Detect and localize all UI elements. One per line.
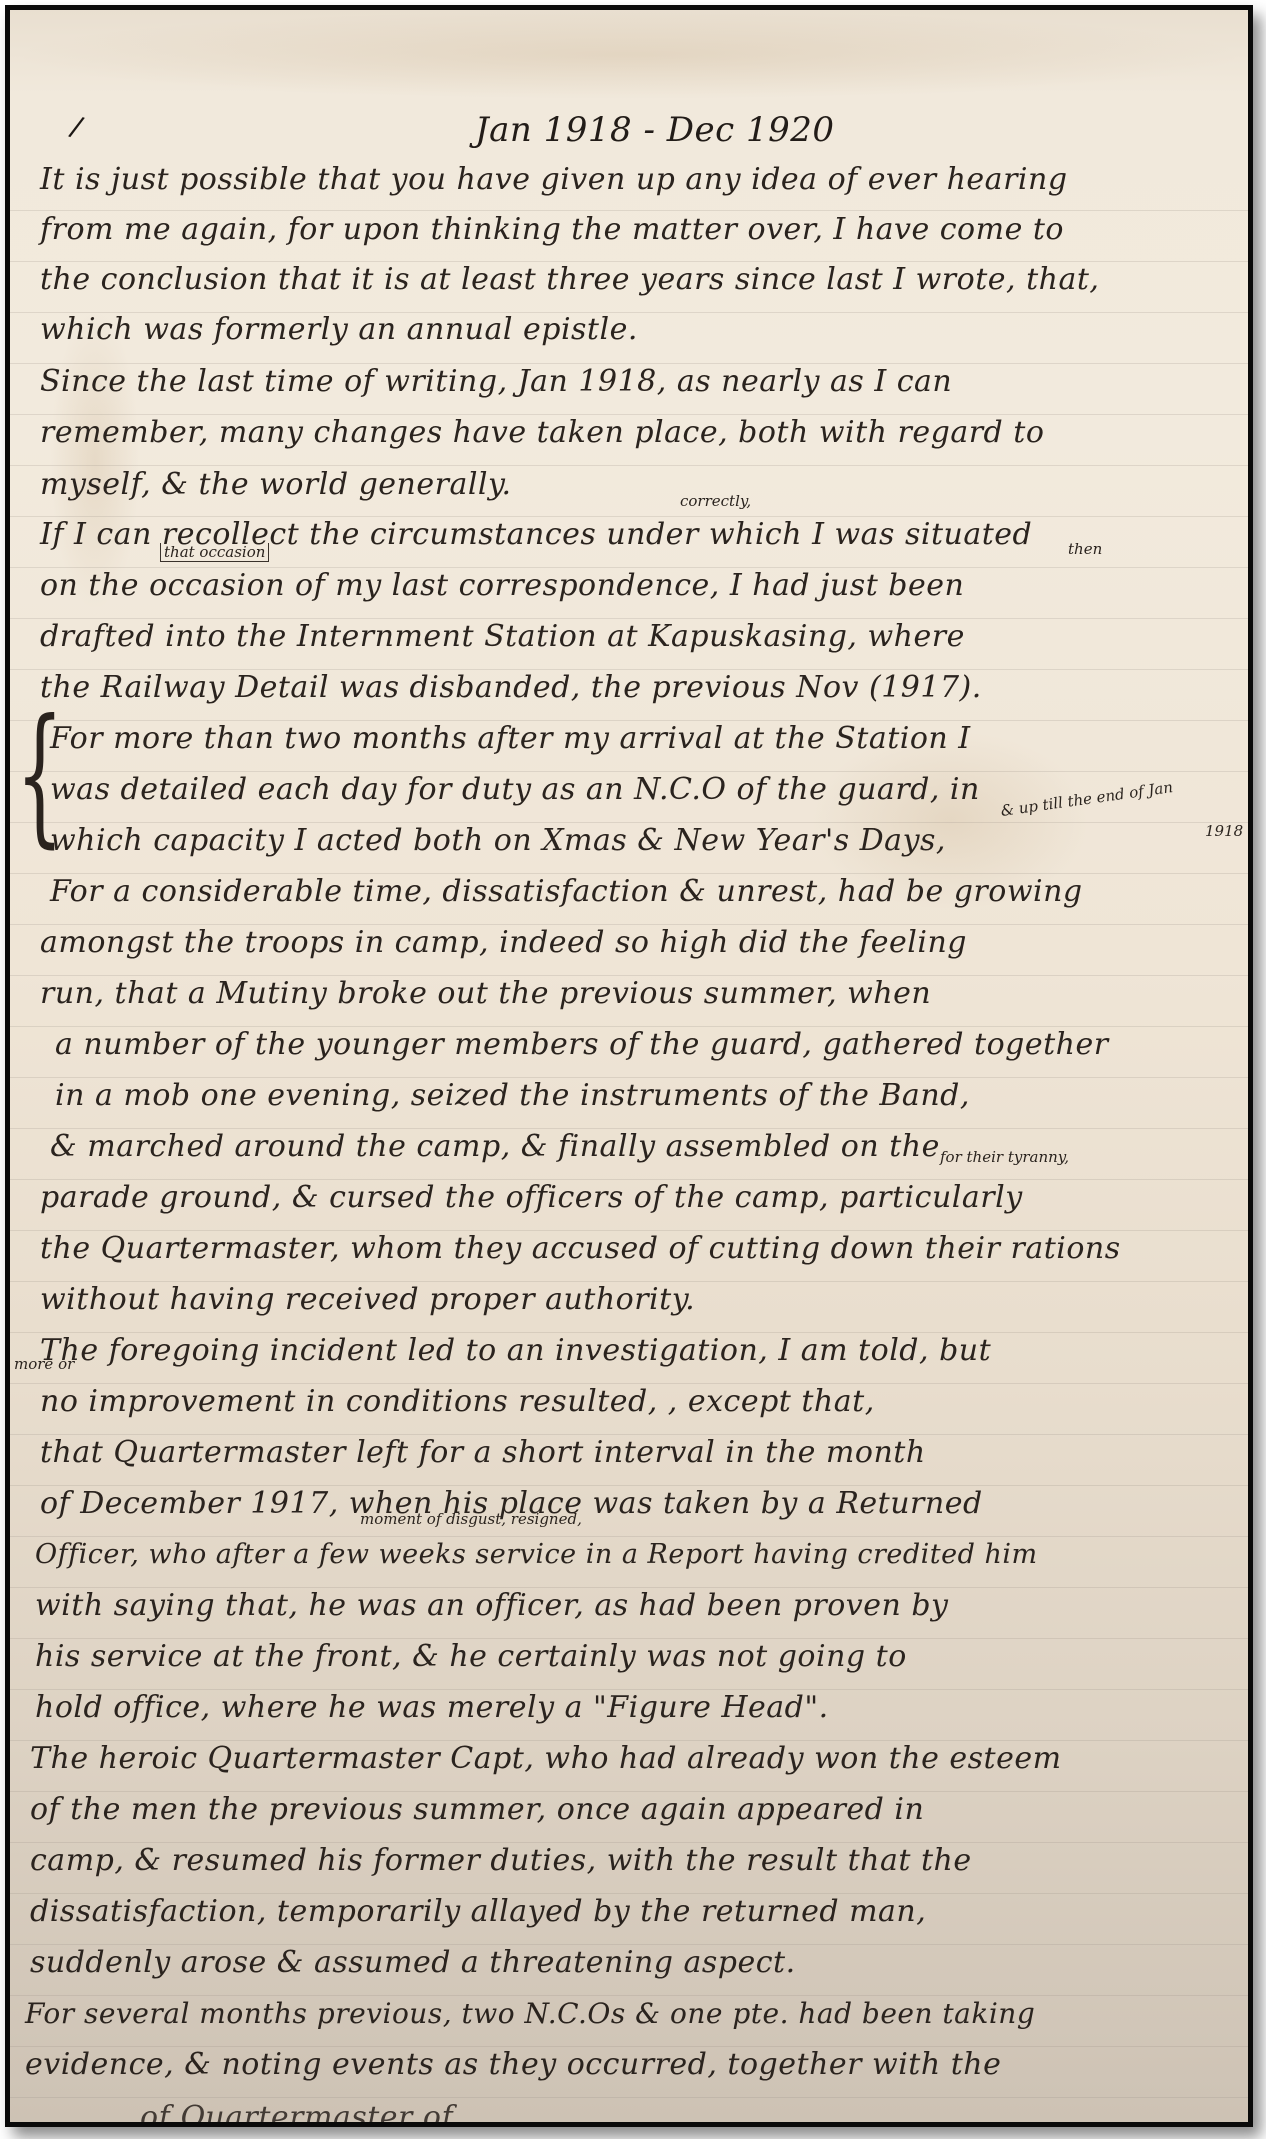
text-line: hold office, where he was merely a "Figu…: [35, 1688, 829, 1728]
text-line: of the men the previous summer, once aga…: [30, 1790, 924, 1830]
interlinear-insertion: 1918: [1205, 822, 1243, 840]
interlinear-insertion: correctly,: [680, 492, 751, 510]
text-line: myself, & the world generally.: [40, 465, 512, 505]
text-line: dissatisfaction, temporarily allayed by …: [30, 1892, 926, 1932]
interlinear-insertion: that occasion: [160, 543, 269, 562]
text-line: run, that a Mutiny broke out the previou…: [40, 974, 931, 1014]
text-line: For more than two months after my arriva…: [50, 719, 971, 759]
text-line: For several months previous, two N.C.Os …: [25, 1994, 1035, 2034]
interlinear-insertion: more or: [14, 1355, 74, 1373]
text-line: from me again, for upon thinking the mat…: [40, 210, 1064, 250]
text-line: evidence, & noting events as they occurr…: [25, 2045, 1001, 2085]
text-line: in a mob one evening, seized the instrum…: [55, 1076, 970, 1116]
text-line: parade ground, & cursed the officers of …: [40, 1178, 1023, 1218]
text-line: which was formerly an annual epistle.: [40, 310, 638, 350]
text-line: For a considerable time, dissatisfaction…: [50, 872, 1083, 912]
paper-stain: [50, 310, 140, 610]
text-line: with saying that, he was an officer, as …: [35, 1586, 949, 1626]
interlinear-insertion: then: [1068, 540, 1102, 558]
text-line: camp, & resumed his former duties, with …: [30, 1841, 972, 1881]
text-line: The heroic Quartermaster Capt, who had a…: [30, 1739, 1062, 1779]
margin-mark: /: [67, 109, 87, 143]
text-line: which capacity I acted both on Xmas & Ne…: [50, 821, 946, 861]
text-line-partial: of Quartermaster of: [140, 2098, 453, 2127]
interlinear-insertion: moment of disgust, resigned,: [360, 1510, 582, 1528]
text-line: a number of the younger members of the g…: [55, 1025, 1109, 1065]
text-line: suddenly arose & assumed a threatening a…: [30, 1943, 796, 1983]
interlinear-insertion: for their tyranny,: [940, 1148, 1069, 1166]
text-line: The foregoing incident led to an investi…: [40, 1331, 991, 1371]
text-line: no improvement in conditions resulted, ,…: [40, 1382, 875, 1422]
text-line: was detailed each day for duty as an N.C…: [50, 770, 980, 810]
text-line: It is just possible that you have given …: [40, 160, 1068, 200]
text-line: & marched around the camp, & finally ass…: [50, 1127, 940, 1167]
text-line: Since the last time of writing, Jan 1918…: [40, 362, 952, 402]
text-line: without having received proper authority…: [40, 1280, 695, 1320]
text-line: the Quartermaster, whom they accused of …: [40, 1229, 1121, 1269]
manuscript-page: / Jan 1918 - Dec 1920 It is just possibl…: [5, 5, 1253, 2127]
text-line: on the occasion of my last correspondenc…: [40, 566, 964, 606]
paper-stain: [10, 10, 1248, 100]
text-line: Officer, who after a few weeks service i…: [35, 1535, 1038, 1575]
page-title: Jan 1918 - Dec 1920: [475, 110, 835, 150]
text-line: amongst the troops in camp, indeed so hi…: [40, 923, 967, 963]
text-line: his service at the front, & he certainly…: [35, 1637, 907, 1677]
text-line: the conclusion that it is at least three…: [40, 260, 1099, 300]
text-line: the Railway Detail was disbanded, the pr…: [40, 668, 982, 708]
text-line: drafted into the Internment Station at K…: [40, 617, 965, 657]
text-line: that Quartermaster left for a short inte…: [40, 1433, 926, 1473]
text-line: remember, many changes have taken place,…: [40, 413, 1044, 453]
